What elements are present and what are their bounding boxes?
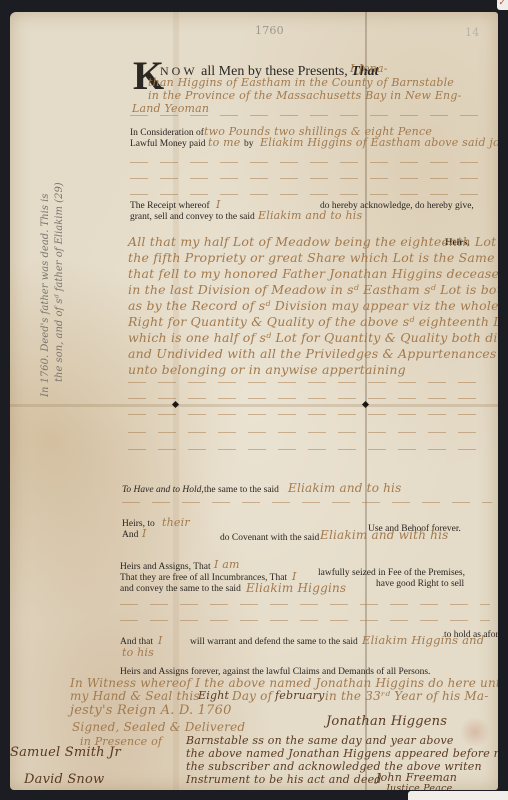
ruled-line: [130, 178, 490, 179]
archive-tab-top: ✓: [497, 0, 508, 10]
wax-seal-stain: [460, 717, 490, 747]
testimonium-line-1: my Hand & Seal this: [70, 689, 200, 703]
consideration-label: In Consideration of: [130, 128, 204, 139]
receipt-label: The Receipt whereof: [130, 201, 210, 212]
ruled-line: [128, 449, 488, 450]
receipt-grantee: Eliakim and to his: [258, 209, 362, 222]
paid-to: to me: [208, 136, 240, 149]
description-line-5: Right for Quantity & Quality of the abov…: [128, 314, 498, 330]
testimonium-line-2: jesty's Reign A. D. 1760: [70, 703, 232, 718]
right-to-sell-label: have good Right to sell: [376, 579, 464, 590]
grantor-signature: Jonathan Higgens: [326, 714, 447, 729]
witness-2-signature: David Snow: [24, 772, 104, 787]
grantor-line-1: than Higgins of Eastham in the County of…: [148, 76, 454, 89]
receipt-grantor: I: [216, 198, 221, 211]
grantor-line-3: Land Yeoman: [132, 102, 209, 115]
covenant-grantee: Eliakim and with his: [320, 528, 448, 542]
ruled-line: [130, 115, 490, 116]
ruled-line: [130, 162, 490, 163]
lawfully-seized-label: lawfully seized in Fee of the Premises,: [318, 568, 465, 579]
ruled-line: [120, 604, 490, 605]
ruled-line: [128, 432, 488, 433]
ruled-line: [130, 194, 490, 195]
margin-note-line-1: In 1760. Deed's father was dead. This is: [40, 193, 51, 397]
and-label: And: [122, 530, 138, 541]
archive-year-pencil: 1760: [255, 24, 284, 37]
grantor-line-2: in the Province of the Massachusetts Bay…: [148, 89, 462, 102]
habendum-same-label: the same to the said: [204, 485, 279, 496]
habendum-grantee: Eliakim and to his: [288, 481, 401, 495]
warranty-heirs: to his: [122, 646, 154, 659]
archive-tab-bottom: [408, 791, 508, 800]
description-line-2: that fell to my honored Father Jonathan …: [128, 266, 498, 282]
grant-label: grant, sell and convey to the said: [130, 212, 255, 223]
description-line-0: All that my half Lot of Meadow being the…: [128, 234, 498, 250]
ruled-line: [120, 620, 490, 621]
testimonium-line-0: In Witness whereof I the above named Jon…: [70, 676, 498, 690]
description-line-6: which is one half of sᵈ Lot for Quantity…: [128, 330, 498, 346]
covenantor: I: [142, 527, 147, 540]
acknowledgment-line-3: Instrument to be his act and deed: [186, 773, 382, 786]
convey-label: and convey the same to the said: [120, 584, 241, 595]
ruled-line: [128, 414, 488, 415]
heirs-their: their: [162, 516, 190, 529]
description-line-8: unto belonging or in anywise appertainin…: [128, 362, 406, 378]
margin-note-line-2: the son, and of sᵈ father of Eliakim (29…: [54, 182, 65, 382]
description-line-4: as by the Record of sᵈ Division may appe…: [128, 298, 498, 314]
grantor-line-0: I Jona-: [350, 62, 388, 75]
testimonium-regnal-year: in the 33ʳᵈ Year of his Ma-: [325, 689, 489, 703]
witness-1-signature: Samuel Smith Jr: [10, 745, 121, 760]
testimonium-day-of: Day of: [232, 689, 272, 703]
check-mark-icon: ✓: [498, 0, 506, 8]
testimonium-month: february: [275, 689, 325, 702]
fold-crease-horizontal: [10, 404, 498, 407]
ruled-line: [122, 502, 492, 503]
justice-title: Justice Peace: [386, 783, 452, 790]
by-label: by: [244, 139, 254, 150]
habendum-label: To Have and to Hold,: [122, 485, 204, 496]
acknowledgment-line-1: the above named Jonathan Higgens appeare…: [186, 747, 498, 760]
warrantor: I: [158, 634, 163, 647]
warrant-label: will warrant and defend the same to the …: [190, 637, 358, 648]
description-line-3: in the last Division of Meadow in sᵈ Eas…: [128, 282, 498, 298]
signed-sealed-delivered: Signed, Sealed & Delivered: [72, 720, 245, 734]
seized-grantor: I am: [214, 558, 240, 571]
covenant-label: do Covenant with the said: [220, 533, 319, 544]
warranty-grantee: Eliakim Higgins and: [362, 633, 484, 647]
description-line-7: and Undivided with all the Priviledges &…: [128, 346, 498, 362]
acknowledgment-line-0: Barnstable ss on the same day and year a…: [186, 734, 454, 747]
description-line-1: the fifth Propriety or great Share which…: [128, 250, 495, 266]
grantee-description: Eliakim Higgins of Eastham above said jo…: [260, 136, 498, 149]
ruled-line: [128, 398, 488, 399]
ruled-line: [128, 382, 488, 383]
heirs-to-label: Heirs, to: [122, 519, 155, 530]
archive-number-pencil: 14: [465, 26, 479, 39]
convey-grantee: Eliakim Higgins: [246, 581, 346, 595]
testimonium-day: Eight: [198, 689, 229, 702]
lawful-money-label: Lawful Money paid: [130, 139, 205, 150]
heirs-assigns-label: Heirs and Assigns, That: [120, 562, 211, 573]
deed-paper: 1760 14 In 1760. Deed's father was dead.…: [10, 12, 498, 790]
